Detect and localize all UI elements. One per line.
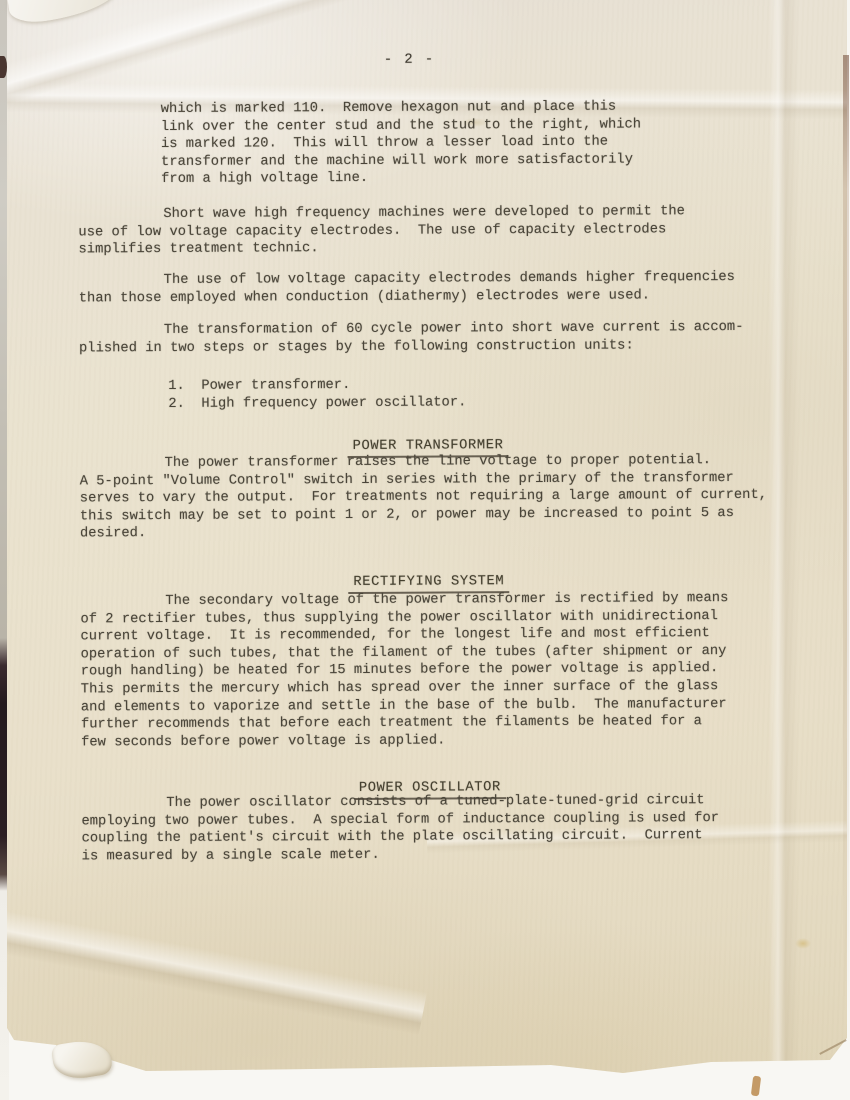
paragraph-shortwave: Short wave high frequency machines were …	[78, 203, 685, 259]
scanned-document-page: { "colors": { "paper": "#e9e2cf", "ink":…	[0, 0, 850, 1100]
paragraph-transformation: The transformation of 60 cycle power int…	[79, 319, 744, 358]
paragraph-power-transformer: The power transformer raises the line vo…	[80, 452, 768, 544]
paper-crease-right	[769, 0, 799, 1074]
paragraph-lowvoltage: The use of low voltage capacity electrod…	[79, 269, 735, 308]
construction-units-list: 1. Power transformer. 2. High frequency …	[168, 376, 466, 413]
page-number: - 2 -	[71, 50, 747, 71]
paragraph-rectifying-system: The secondary voltage of the power trans…	[80, 590, 729, 752]
paragraph-intro: which is marked 110. Remove hexagon nut …	[161, 98, 642, 188]
paper-stain	[795, 938, 811, 949]
debris-speck	[751, 1076, 761, 1097]
paragraph-power-oscillator: The power oscillator consists of a tuned…	[81, 792, 719, 866]
paper-right-edge-shadow	[843, 55, 849, 1015]
typewritten-text-layer: - 2 - which is marked 110. Remove hexago…	[71, 0, 767, 1075]
binding-mark	[0, 56, 7, 78]
